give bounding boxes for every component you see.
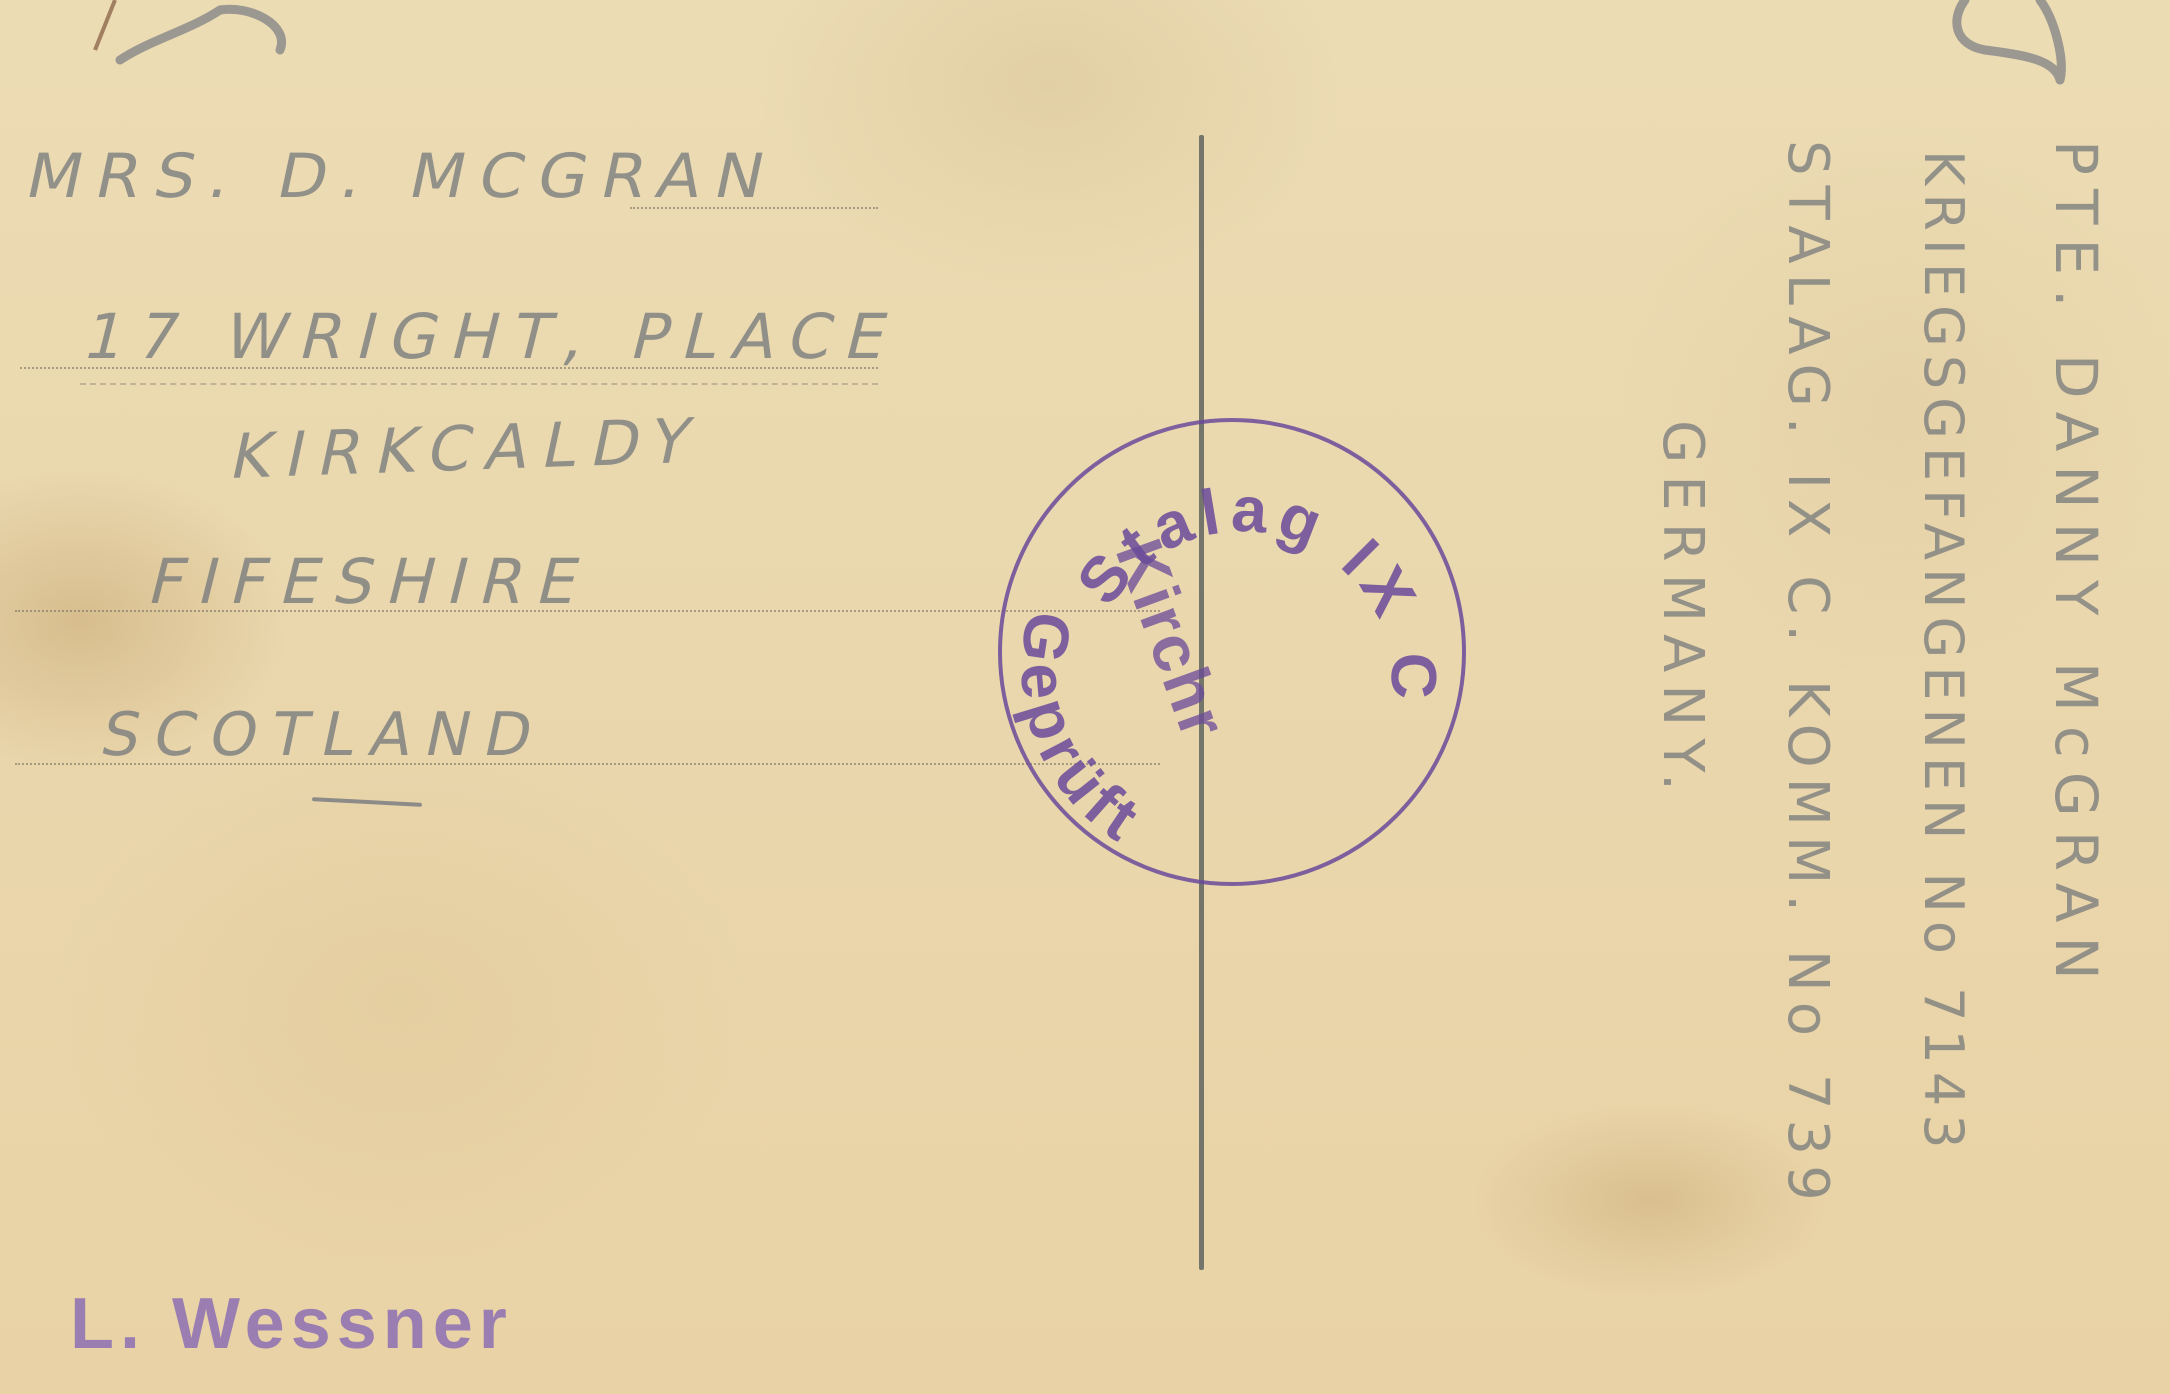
recipient-line-1: MRS. D. McGRAN bbox=[20, 142, 785, 212]
sender-line-2: KRIEGSGEFANGENEN No 7143 bbox=[1912, 150, 1975, 1157]
string-left-icon bbox=[90, 0, 310, 80]
recipient-line-5: SCOTLAND bbox=[95, 700, 553, 770]
stamp-bottom-text: Geprüft bbox=[1006, 607, 1156, 857]
underline-mark bbox=[312, 797, 422, 807]
address-rule-1 bbox=[630, 207, 878, 209]
censor-stamp: Stalag IX C Geprüft Kirchr bbox=[990, 410, 1474, 894]
address-rule-2b bbox=[80, 383, 878, 385]
address-rule-3 bbox=[15, 610, 1160, 612]
sender-line-3: STALAG. IX C. KOMM. No 739 bbox=[1775, 140, 1840, 1211]
string-right-icon bbox=[1945, 0, 2095, 100]
maker-stamp: L. Wessner bbox=[70, 1283, 513, 1365]
sender-line-1: PTE. DANNY McGRAN bbox=[2042, 140, 2110, 994]
recipient-line-4: FIFESHIRE bbox=[142, 545, 602, 618]
address-rule-4 bbox=[15, 763, 1160, 765]
sender-line-4: GERMANY. bbox=[1650, 420, 1715, 803]
svg-text:Geprüft: Geprüft bbox=[1006, 607, 1156, 857]
recipient-line-2: 17 WRIGHT, PLACE bbox=[77, 300, 910, 373]
address-rule-2 bbox=[20, 367, 878, 369]
recipient-line-3: KIRKCALDY bbox=[224, 404, 711, 493]
stamp-center-text: Kirchr bbox=[1102, 529, 1242, 748]
postcard: MRS. D. McGRAN 17 WRIGHT, PLACE KIRKCALD… bbox=[0, 0, 2170, 1394]
